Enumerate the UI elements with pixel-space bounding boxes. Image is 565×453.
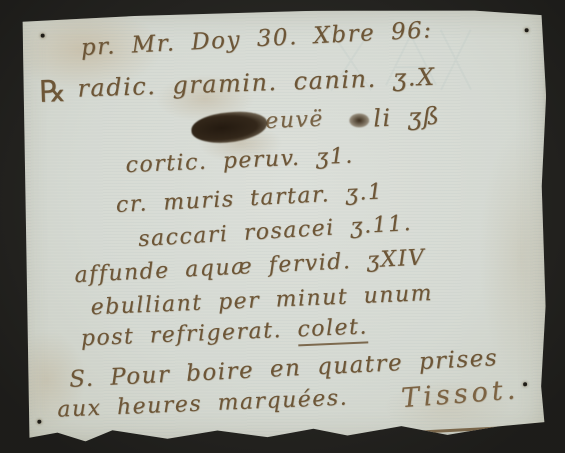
refrigerat-text: post refrigerat. [80, 317, 298, 351]
pinhole-top-right [525, 28, 529, 32]
manuscript-line-tartar: cr. muris tartar. ʒ.1 [115, 179, 384, 218]
manuscript-line-affunde: affunde aquæ fervid. ʒXIV [74, 245, 426, 288]
manuscript-line-ebulliant: ebulliant per minut unum [90, 281, 433, 320]
manuscript-line-blotted-fragment: euvë [265, 107, 325, 134]
pinhole-bottom-right [523, 382, 527, 386]
manuscript-line-saccari: saccari rosacei ʒ.11. [138, 211, 413, 252]
colet-underlined-word: colet. [297, 314, 369, 346]
signature-underline-flourish [389, 423, 565, 434]
manuscript-line-refrigerat: post refrigerat. colet. [80, 314, 368, 351]
manuscript-line-rx: ℞radic. gramin. canin. ʒ.X [39, 62, 437, 110]
manuscript-line-blotted-visible: li ʒß [373, 102, 441, 133]
rx-line-text: radic. gramin. canin. ʒ.X [77, 63, 436, 103]
photo-background: pr. Mr. Doy 30. Xbre 96: ℞radic. gramin.… [0, 0, 565, 453]
manuscript-line-header: pr. Mr. Doy 30. Xbre 96: [80, 17, 433, 61]
ink-blot [190, 109, 268, 145]
signature-tissot: Tissot. [400, 374, 520, 414]
manuscript-paper: pr. Mr. Doy 30. Xbre 96: ℞radic. gramin.… [14, 6, 549, 446]
ink-smudge [349, 113, 369, 127]
pinhole-bottom-left [37, 420, 41, 424]
rx-prescription-icon: ℞ [39, 74, 69, 110]
pinhole-top-left [41, 34, 45, 38]
manuscript-line-cortic: cortic. peruv. ʒ1. [125, 144, 354, 179]
